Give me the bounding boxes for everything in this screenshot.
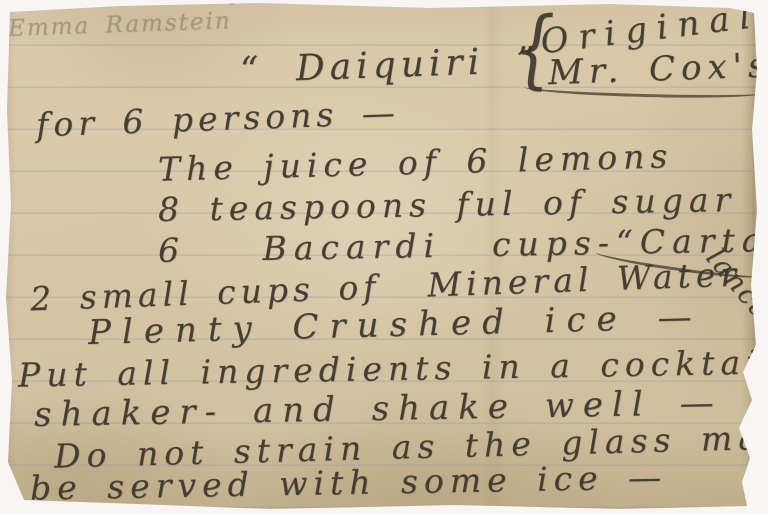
photo-of-recipe-card: Emma Ramstein ″ “ Daiquiri ” { Original … [0, 0, 768, 514]
left-edge-shading [6, 6, 16, 506]
pencil-owner-name: Emma Ramstein [8, 10, 232, 41]
recipe-card-paper: Emma Ramstein ″ “ Daiquiri ” { Original … [0, 0, 768, 514]
instruction-line-4: be served with some ice — [30, 460, 668, 504]
ingredient-lemon-juice: The juice of 6 lemons [158, 139, 674, 185]
serving-line: for 6 persons — [36, 96, 401, 142]
ingredient-sugar: 8 teaspoons ful of sugar [158, 183, 737, 226]
stray-ink-mark: ″ [230, 0, 236, 16]
recipe-title: “ Daiquiri ” [239, 43, 540, 89]
